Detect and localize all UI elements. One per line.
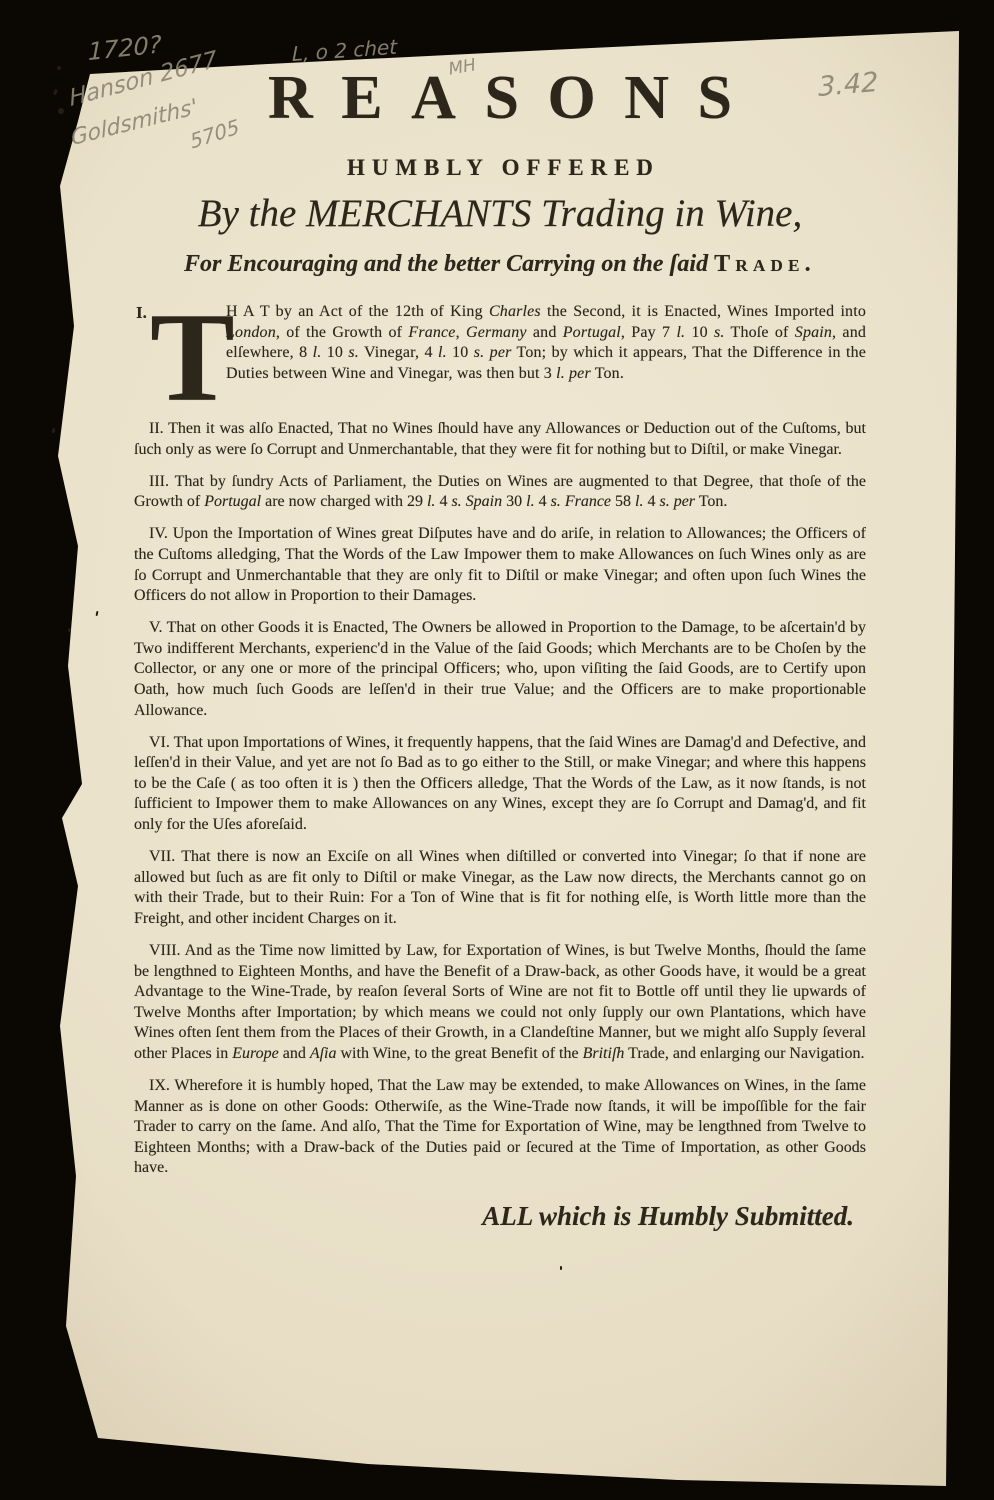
document-subtitle-offered: HUMBLY OFFERED	[134, 155, 866, 181]
subtitle-trade-smallcaps: Trade.	[714, 251, 816, 277]
paragraph-8: VIII. And as the Time now limitted by La…	[134, 941, 866, 1065]
ink-speck	[51, 428, 55, 434]
paragraph-9: IX. Wherefore it is humbly hoped, That t…	[134, 1076, 866, 1179]
paragraph-6: VI. That upon Importations of Wines, it …	[134, 733, 866, 836]
paragraph-3: III. That by ſundry Acts of Parliament, …	[134, 472, 866, 513]
paragraph-7: VII. That there is now an Exciſe on all …	[134, 847, 866, 929]
ink-speck	[57, 66, 61, 70]
ink-speck	[560, 1266, 562, 1270]
paragraph-4: IV. Upon the Importation of Wines great …	[134, 524, 866, 606]
subtitle-encouraging-text: For Encouraging and the better Carrying …	[184, 251, 714, 277]
ink-speck	[53, 89, 58, 96]
paragraph-1: I. T H A T by an Act of the 12th of King…	[134, 302, 866, 406]
pencil-annotation-price: 3.42	[818, 67, 878, 103]
paragraph-5: V. That on other Goods it is Enacted, Th…	[134, 618, 866, 721]
ink-speck	[68, 628, 71, 632]
closing-line: ALL which is Humbly Submitted.	[134, 1201, 866, 1232]
document-subtitle-encouraging: For Encouraging and the better Carrying …	[134, 251, 866, 278]
pencil-annotation-date: 1720?	[88, 30, 161, 66]
ink-speck	[58, 108, 64, 114]
printed-text-block: REASONS HUMBLY OFFERED By the MERCHANTS …	[134, 66, 866, 1232]
document-subtitle-merchants: By the MERCHANTS Trading in Wine,	[134, 193, 866, 236]
paragraph-1-text: H A T by an Act of the 12th of King Char…	[226, 303, 866, 382]
paragraph-2: II. Then it was alſo Enacted, That no Wi…	[134, 419, 866, 460]
drop-cap-letter-T: T	[150, 295, 235, 422]
document-title: REASONS	[134, 66, 866, 131]
document-page: REASONS HUMBLY OFFERED By the MERCHANTS …	[38, 26, 962, 1490]
paragraph-1-numeral: I.	[136, 303, 147, 324]
photo-background: REASONS HUMBLY OFFERED By the MERCHANTS …	[0, 0, 994, 1500]
